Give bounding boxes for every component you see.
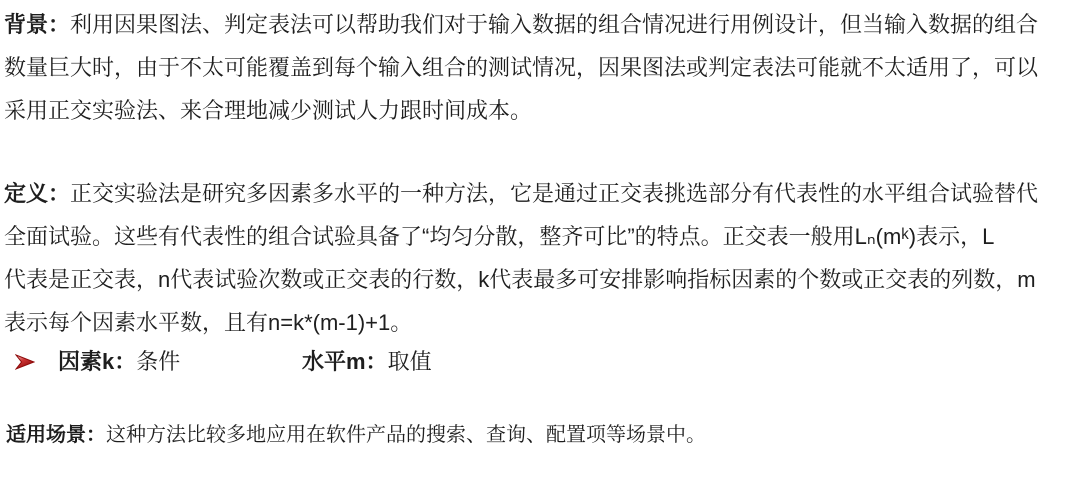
factor-value: 条件 (136, 349, 180, 374)
level-label: 水平m： (302, 349, 388, 374)
level-value: 取值 (388, 349, 432, 374)
background-label: 背景： (4, 12, 70, 37)
factor-item: 因素k：条件 (58, 340, 180, 383)
definition-line: 表示每个因素水平数，且有n=k*(m-1)+1。 (4, 301, 1082, 344)
definition-paragraph: 定义：正交实验法是研究多因素多水平的一种方法，它是通过正交表挑选部分有代表性的水… (4, 172, 1082, 344)
definition-line: 定义：正交实验法是研究多因素多水平的一种方法，它是通过正交表挑选部分有代表性的水… (4, 172, 1082, 215)
factor-label: 因素k： (58, 349, 136, 374)
background-line: 采用正交实验法、来合理地减少测试人力跟时间成本。 (4, 89, 1082, 132)
definition-label: 定义： (4, 181, 70, 206)
scenario-label: 适用场景： (6, 424, 106, 446)
definition-line-text: 正交实验法是研究多因素多水平的一种方法，它是通过正交表挑选部分有代表性的水平组合… (70, 181, 1038, 206)
scenario-text: 这种方法比较多地应用在软件产品的搜索、查询、配置项等场景中。 (106, 424, 706, 446)
factor-level-row: 因素k：条件 水平m：取值 (0, 340, 1078, 383)
document-page: 背景：利用因果图法、判定表法可以帮助我们对于输入数据的组合情况进行用例设计，但当… (0, 0, 1084, 477)
level-item: 水平m：取值 (302, 340, 432, 383)
background-line: 背景：利用因果图法、判定表法可以帮助我们对于输入数据的组合情况进行用例设计，但当… (4, 3, 1082, 46)
background-paragraph: 背景：利用因果图法、判定表法可以帮助我们对于输入数据的组合情况进行用例设计，但当… (4, 3, 1082, 132)
arrowhead-right-icon (15, 354, 35, 370)
background-line-text: 利用因果图法、判定表法可以帮助我们对于输入数据的组合情况进行用例设计，但当输入数… (70, 12, 1038, 37)
scenario-paragraph: 适用场景：这种方法比较多地应用在软件产品的搜索、查询、配置项等场景中。 (6, 414, 1078, 457)
definition-line: 全面试验。这些有代表性的组合试验具备了“均匀分散，整齐可比”的特点。正交表一般用… (4, 215, 1082, 258)
background-line: 数量巨大时，由于不太可能覆盖到每个输入组合的测试情况，因果图法或判定表法可能就不… (4, 46, 1082, 89)
definition-line: 代表是正交表，n代表试验次数或正交表的行数，k代表最多可安排影响指标因素的个数或… (4, 258, 1082, 301)
